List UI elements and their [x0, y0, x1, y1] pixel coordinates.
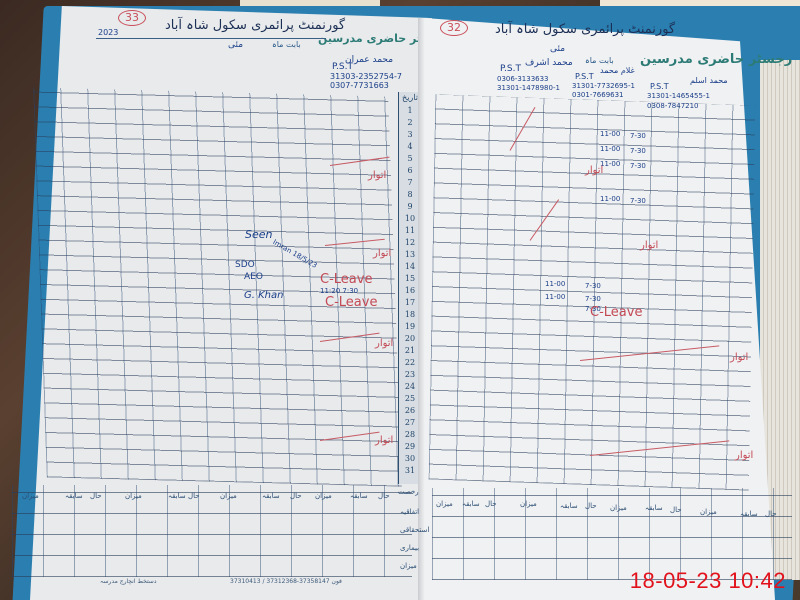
sunday-note: اتوار: [375, 338, 393, 349]
departure-time: 11-00: [545, 280, 565, 288]
summary-col-header: میزان: [700, 508, 717, 516]
sunday-note: اتوار: [730, 352, 748, 363]
month-value-left: مئی: [228, 40, 243, 50]
summary-col-header: میزان: [22, 492, 39, 500]
staff-name: محمد اسلم: [690, 76, 728, 85]
summary-col-header: میزان: [610, 504, 627, 512]
staff-cnic: 31301-1465455-1: [647, 92, 710, 100]
summary-col-header: سابقہ: [65, 492, 83, 500]
staff-name: غلام محمد: [600, 66, 635, 75]
arrival-time: 7-30: [585, 295, 601, 303]
arrival-time: 7-30: [630, 162, 646, 170]
summary-col-header: سابقہ: [350, 492, 368, 500]
summary-col-header: سابقہ: [462, 500, 480, 508]
sdo-note: SDO: [235, 260, 255, 270]
summary-col-header: حال: [290, 492, 302, 500]
summary-col-header: میزان: [220, 492, 237, 500]
sunday-note: اتوار: [368, 170, 386, 181]
summary-side-header: رخصت: [398, 488, 419, 496]
arrival-time: 7-30: [630, 147, 646, 155]
year-label: 2023: [98, 28, 118, 37]
departure-time: 11-00: [545, 293, 565, 301]
staff-designation: P.S.T: [332, 62, 353, 72]
sunday-note: اتوار: [735, 450, 753, 461]
casual-leave-note: C-Leave: [320, 272, 372, 287]
page-number-right: 32: [440, 20, 468, 36]
staff-designation: P.S.T: [500, 64, 521, 74]
header-rule: [96, 38, 326, 39]
staff-cnic: 31303-2352754-7: [330, 72, 402, 81]
casual-leave-note: C-Leave: [590, 305, 642, 320]
summary-col-header: حال: [485, 500, 497, 508]
summary-row-label: استحقاقی: [400, 526, 429, 534]
departure-time: 11-00: [600, 145, 620, 153]
summary-col-header: حال: [188, 492, 200, 500]
arrival-time: 7-30: [630, 132, 646, 140]
summary-col-header: حال: [585, 502, 597, 510]
arrival-time: 7-30: [585, 282, 601, 290]
summary-col-header: سابقہ: [262, 492, 280, 500]
seen-note: Seen: [245, 228, 273, 241]
summary-row-label: بیماری: [400, 544, 419, 552]
summary-col-header: میزان: [436, 500, 453, 508]
staff-cnic: 31301-7732695-1: [572, 82, 635, 90]
page-number-left: 33: [118, 10, 146, 26]
departure-time: 11-00: [600, 130, 620, 138]
summary-col-header: سابقہ: [740, 510, 758, 518]
summary-col-header: میزان: [315, 492, 332, 500]
staff-designation: P.S.T: [650, 82, 669, 91]
staff-cnic: 31301-1478980-1: [497, 84, 560, 92]
signer-name: G. Khan: [244, 290, 283, 301]
month-label-right: بابت ماہ: [585, 56, 614, 65]
aeo-note: AEO: [244, 272, 263, 282]
arrival-time: 7-30: [630, 197, 646, 205]
staff-phone: 0306-3133633: [497, 75, 549, 83]
month-value-right: مئی: [550, 44, 565, 54]
sunday-note: اتوار: [375, 435, 393, 446]
headmaster-signature-label: دستخط انچارج مدرسہ: [100, 578, 157, 585]
summary-row-label: اتفاقیہ: [400, 508, 419, 516]
casual-leave-note: C-Leave: [325, 295, 377, 310]
time-entry: 11:20 7:30: [320, 287, 358, 295]
summary-col-header: سابقہ: [168, 492, 186, 500]
summary-col-header: میزان: [520, 500, 537, 508]
summary-row-label: میزان: [400, 562, 417, 570]
staff-designation: P.S.T: [575, 72, 594, 81]
staff-phone: 0301-7669631: [572, 91, 624, 99]
attendance-grid-right: [429, 94, 756, 490]
summary-col-header: حال: [670, 506, 682, 514]
summary-col-header: حال: [765, 510, 777, 518]
summary-col-header: حال: [90, 492, 102, 500]
staff-phone: 0307-7731663: [330, 81, 389, 90]
school-name-left: گورنمنٹ پرائمری سکول شاہ آباد: [165, 18, 345, 33]
sunday-note: اتوار: [585, 165, 603, 176]
register-title-right: رجسٹر حاضری مدرسین: [640, 52, 792, 67]
summary-col-header: سابقہ: [560, 502, 578, 510]
summary-col-header: حال: [378, 492, 390, 500]
sunday-note: اتوار: [373, 248, 391, 259]
sunday-note: اتوار: [640, 240, 658, 251]
printer-contact: 37310413 / 37312368-37358147 فون: [230, 578, 342, 585]
summary-col-header: سابقہ: [645, 504, 663, 512]
summary-col-header: میزان: [125, 492, 142, 500]
month-label-left: بابت ماہ: [272, 40, 301, 49]
photo-timestamp: 18-05-23 10:42: [630, 568, 786, 594]
departure-time: 11-00: [600, 195, 620, 203]
school-name-right: گورنمنٹ پرائمری سکول شاہ آباد: [495, 22, 675, 37]
staff-name: محمد اشرف: [525, 58, 573, 68]
